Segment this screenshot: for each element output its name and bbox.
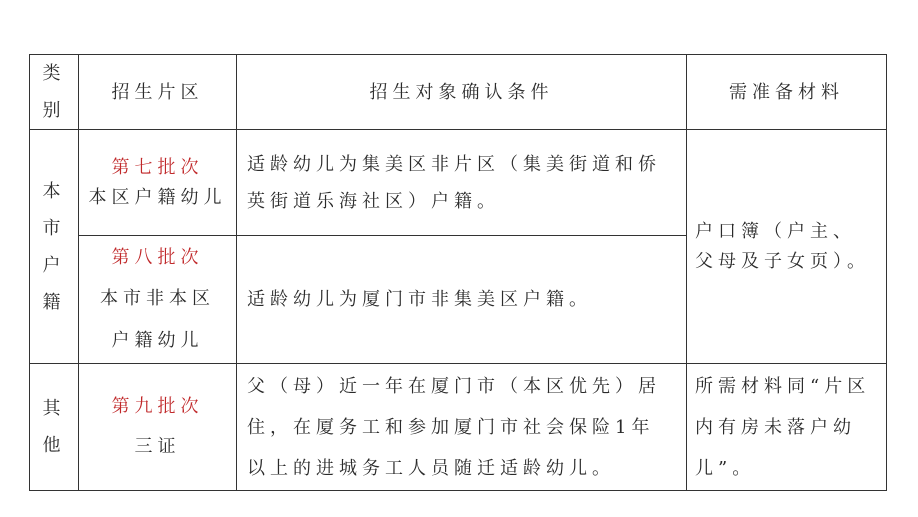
zone-cell: 第七批次 本区户籍幼儿: [79, 130, 237, 236]
header-condition: 招生对象确认条件: [237, 55, 687, 130]
materials-cell: 户口簿（户主、父母及子女页）。: [687, 130, 887, 364]
category-other: 其 他: [30, 364, 79, 491]
batch-label: 第七批次: [79, 153, 236, 183]
header-row: 类 别 招生片区 招生对象确认条件 需准备材料: [30, 55, 887, 130]
zone-desc: 本市非本区: [79, 278, 236, 320]
zone-cell: 第八批次 本市非本区 户籍幼儿: [79, 236, 237, 364]
zone-desc: 三证: [79, 427, 236, 467]
header-zone: 招生片区: [79, 55, 237, 130]
batch-label: 第八批次: [79, 238, 236, 278]
condition-cell: 父（母）近一年在厦门市（本区优先）居住，在厦务工和参加厦门市社会保险1年以上的进…: [237, 364, 687, 491]
zone-desc: 本区户籍幼儿: [79, 183, 236, 213]
materials-cell: 所需材料同“片区内有房未落户幼儿”。: [687, 364, 887, 491]
table-row: 本 市 户 籍 第七批次 本区户籍幼儿 适龄幼儿为集美区非片区（集美街道和侨英街…: [30, 130, 887, 236]
table-row: 其 他 第九批次 三证 父（母）近一年在厦门市（本区优先）居住，在厦务工和参加厦…: [30, 364, 887, 491]
zone-desc: 户籍幼儿: [79, 320, 236, 362]
condition-cell: 适龄幼儿为集美区非片区（集美街道和侨英街道乐海社区）户籍。: [237, 130, 687, 236]
header-category: 类 别: [30, 55, 79, 130]
condition-cell: 适龄幼儿为厦门市非集美区户籍。: [237, 236, 687, 364]
category-local-hukou: 本 市 户 籍: [30, 130, 79, 364]
enrollment-table: 类 别 招生片区 招生对象确认条件 需准备材料 本 市 户 籍 第七批次 本区户…: [29, 54, 887, 491]
zone-cell: 第九批次 三证: [79, 364, 237, 491]
batch-label: 第九批次: [79, 387, 236, 427]
header-materials: 需准备材料: [687, 55, 887, 130]
